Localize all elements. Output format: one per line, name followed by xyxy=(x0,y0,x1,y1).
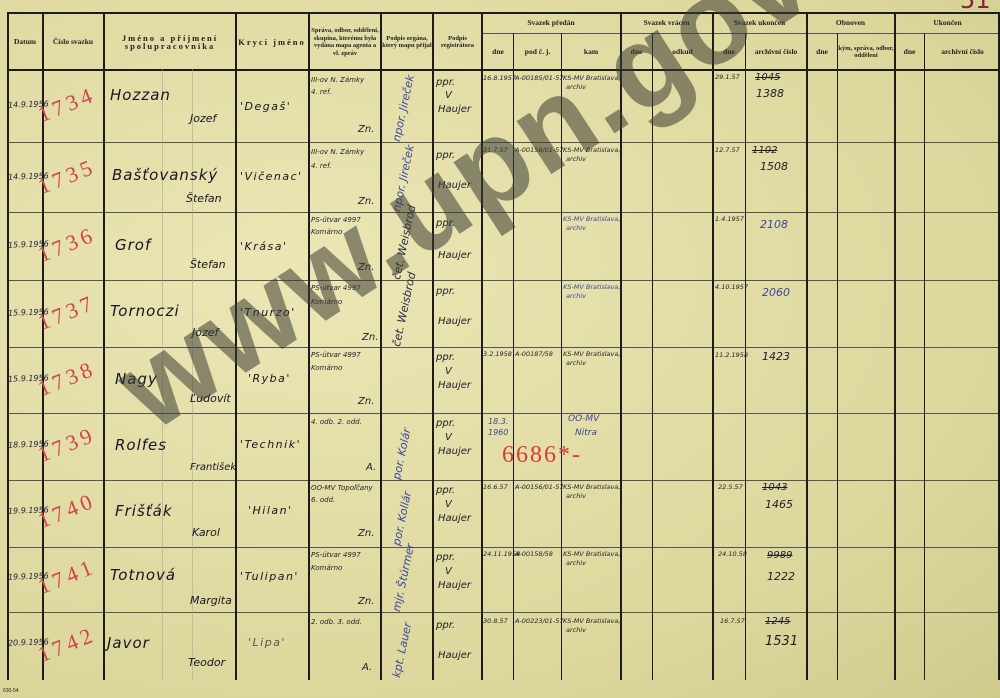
registrar-signature: ppr. xyxy=(436,618,455,633)
department-sign: A. xyxy=(366,462,376,473)
handed-date: 3.2.1958 xyxy=(483,349,512,359)
grid-line xyxy=(7,547,1000,548)
handed-date: 30.8.57 xyxy=(483,616,508,626)
header-kryci-jmeno: Krycí jméno xyxy=(237,14,307,70)
header-datum: Datum xyxy=(8,14,42,70)
department-sign: A. xyxy=(362,662,372,673)
surname: Hozzan xyxy=(110,86,171,104)
grid-line xyxy=(7,612,1000,613)
department-sign: Zn. xyxy=(358,124,374,135)
first-name: Margita xyxy=(190,594,232,607)
grid-line xyxy=(806,12,808,680)
archive-number: 1222 xyxy=(767,570,795,583)
file-number-stamp: 1736 xyxy=(34,221,99,268)
closed-date: 4.10.1957 xyxy=(715,282,748,292)
header-ukoncen2-dne: dne xyxy=(895,34,924,70)
cover-name: 'Lipa' xyxy=(248,636,286,649)
file-number-stamp: 1741 xyxy=(34,553,99,600)
archive-number: 1423 xyxy=(762,350,790,363)
archive-number-struck: 1043 xyxy=(762,482,787,493)
registrar-signature: ppr. xyxy=(436,350,455,365)
department: 4. ref. xyxy=(311,86,332,98)
department: 4. ref. xyxy=(311,160,332,172)
header-cislo-svazku: Číslo svazku xyxy=(43,14,103,70)
grid-line xyxy=(7,280,1000,281)
grid-line xyxy=(924,33,925,680)
department: PS-útvar 4997 xyxy=(311,549,361,561)
header-jmeno: Jméno a příjmení spolupracovníka xyxy=(106,14,234,70)
header-podpis-registratora: Podpis registrátora xyxy=(434,14,481,70)
handed-date: 18.3. 1960 xyxy=(488,416,512,438)
cover-name: 'Technik' xyxy=(240,438,301,451)
handed-date: 16.6.57 xyxy=(483,482,508,492)
registrar-signature: V xyxy=(445,564,452,579)
surname: Grof xyxy=(115,236,151,254)
file-number-stamp: 1739 xyxy=(34,421,99,468)
cover-name: 'Vičenac' xyxy=(240,170,303,183)
archive-number-struck: 9989 xyxy=(767,550,792,561)
archive-number: 1508 xyxy=(760,160,788,173)
grid-line xyxy=(7,69,1000,71)
department-sign: Zn. xyxy=(358,396,374,407)
first-name: František xyxy=(190,462,236,473)
registrar-signature: ppr. xyxy=(436,483,455,498)
header-ukoncen2-archivni: archivní číslo xyxy=(925,34,1000,70)
closed-date: 22.5.57 xyxy=(718,482,743,492)
registrar-signature: Haujer xyxy=(438,648,471,663)
handed-where: archiv xyxy=(566,223,586,233)
first-name: Teodor xyxy=(188,656,225,669)
registrar-signature: Haujer xyxy=(438,578,471,593)
header-predan-dne: dne xyxy=(482,34,514,70)
file-number-stamp: 1735 xyxy=(34,153,99,200)
department: Komárno xyxy=(311,562,342,574)
receiver-signature: por. Kolár xyxy=(390,427,414,481)
registrar-signature: ppr. xyxy=(436,416,455,431)
first-name: Karol xyxy=(192,526,220,539)
registrar-signature: V xyxy=(445,430,452,445)
grid-line xyxy=(712,12,714,680)
file-number-stamp: 1740 xyxy=(34,487,99,534)
registrar-signature: Haujer xyxy=(438,444,471,459)
archive-number: 1531 xyxy=(765,634,798,649)
closed-date: 1.4.1957 xyxy=(715,214,744,224)
registrar-signature: V xyxy=(445,88,452,103)
handed-ref: A-00156/01-57 xyxy=(515,482,564,492)
handed-where: archiv xyxy=(566,558,586,568)
handed-where: archiv xyxy=(566,491,586,501)
handed-where: archiv xyxy=(566,291,586,301)
header-obnoven-dne: dne xyxy=(807,34,837,70)
department-sign: Zn. xyxy=(362,332,378,343)
first-name: Jozef xyxy=(190,112,216,125)
department: 2. odb. 3. odd. xyxy=(311,616,362,628)
department: Komárno xyxy=(311,362,342,374)
header-podpis-organa: Podpis orgána, který mapu přijal xyxy=(382,14,432,70)
surname: Javor xyxy=(107,634,150,652)
registrar-signature: V xyxy=(445,497,452,512)
department: 6. odd. xyxy=(311,494,335,506)
department: III-ov N. Zámky xyxy=(311,74,364,86)
cover-name: 'Tulipan' xyxy=(240,570,299,583)
file-number-stamp: 1737 xyxy=(34,289,99,336)
registrar-signature: Haujer xyxy=(438,511,471,526)
closed-date: 24.10.58 xyxy=(718,549,747,559)
file-number-stamp: 1734 xyxy=(34,81,99,128)
registrar-signature: ppr. xyxy=(436,284,455,299)
archive-number: 1465 xyxy=(765,498,793,511)
grid-line xyxy=(380,12,382,680)
handed-where: OO-MV xyxy=(568,414,599,424)
archive-number: 1388 xyxy=(756,87,784,100)
handed-ref: A-00158/58 xyxy=(515,549,553,559)
archive-number-struck: 1245 xyxy=(765,616,790,627)
header-sprava: Správa, odbor, oddělení, skupina, kterém… xyxy=(310,14,380,70)
grid-line xyxy=(894,12,896,680)
cover-name: 'Degaš' xyxy=(240,100,291,113)
registrar-signature: ppr. xyxy=(436,550,455,565)
department-sign: Zn. xyxy=(358,596,374,607)
handed-where: Nitra xyxy=(575,428,597,438)
header-ukoncen: Ukončen xyxy=(895,14,1000,32)
surname: Bašťovanský xyxy=(112,166,218,184)
cover-name: 'Hilan' xyxy=(248,504,293,517)
department: OO-MV Topoľčany xyxy=(311,482,373,494)
receiver-signature: por. Kollár xyxy=(390,490,414,547)
department-sign: Zn. xyxy=(358,528,374,539)
archive-number: 2108 xyxy=(760,218,788,231)
grid-line xyxy=(432,12,434,680)
archive-number-struck: 1045 xyxy=(755,72,780,83)
ledger-sheet: 51 Datum Číslo svazku Jméno a příjmení s… xyxy=(0,0,1000,698)
closed-date: 11.2.1958 xyxy=(715,350,748,360)
registrar-signature: Haujer xyxy=(438,314,471,329)
handed-ref: A-00187/58 xyxy=(515,349,553,359)
registrar-signature: Haujer xyxy=(438,378,471,393)
grid-line xyxy=(837,33,838,680)
archive-number: 2060 xyxy=(762,286,790,299)
handed-ref: A-00223/01-57 xyxy=(515,616,564,626)
form-code: 630-54 xyxy=(3,688,19,694)
receiver-signature: kpt. Lauer xyxy=(390,621,414,678)
grid-line xyxy=(7,480,1000,481)
department: 4. odb. 2. odd. xyxy=(311,416,362,428)
registrar-signature: V xyxy=(445,364,452,379)
closed-date: 12.7.57 xyxy=(715,145,740,155)
receiver-signature: mjr. Štúrmer xyxy=(390,542,417,612)
closed-date: 16.7.57 xyxy=(720,616,745,626)
file-number-stamp: 1742 xyxy=(34,621,99,668)
handed-where: archiv xyxy=(566,358,586,368)
department: III-ov N. Zámky xyxy=(311,146,364,158)
header-obnoven-kym: kým, správa, odbor, oddělení xyxy=(838,34,894,70)
archive-number-struck: 1102 xyxy=(752,145,777,156)
file-number-stamp: 1738 xyxy=(34,355,99,402)
first-name: Štefan xyxy=(186,192,222,205)
handed-where: archiv xyxy=(566,625,586,635)
surname: Frišťák xyxy=(115,502,173,520)
surname: Totnová xyxy=(110,566,176,584)
record-stamp: 6686*- xyxy=(502,442,582,469)
